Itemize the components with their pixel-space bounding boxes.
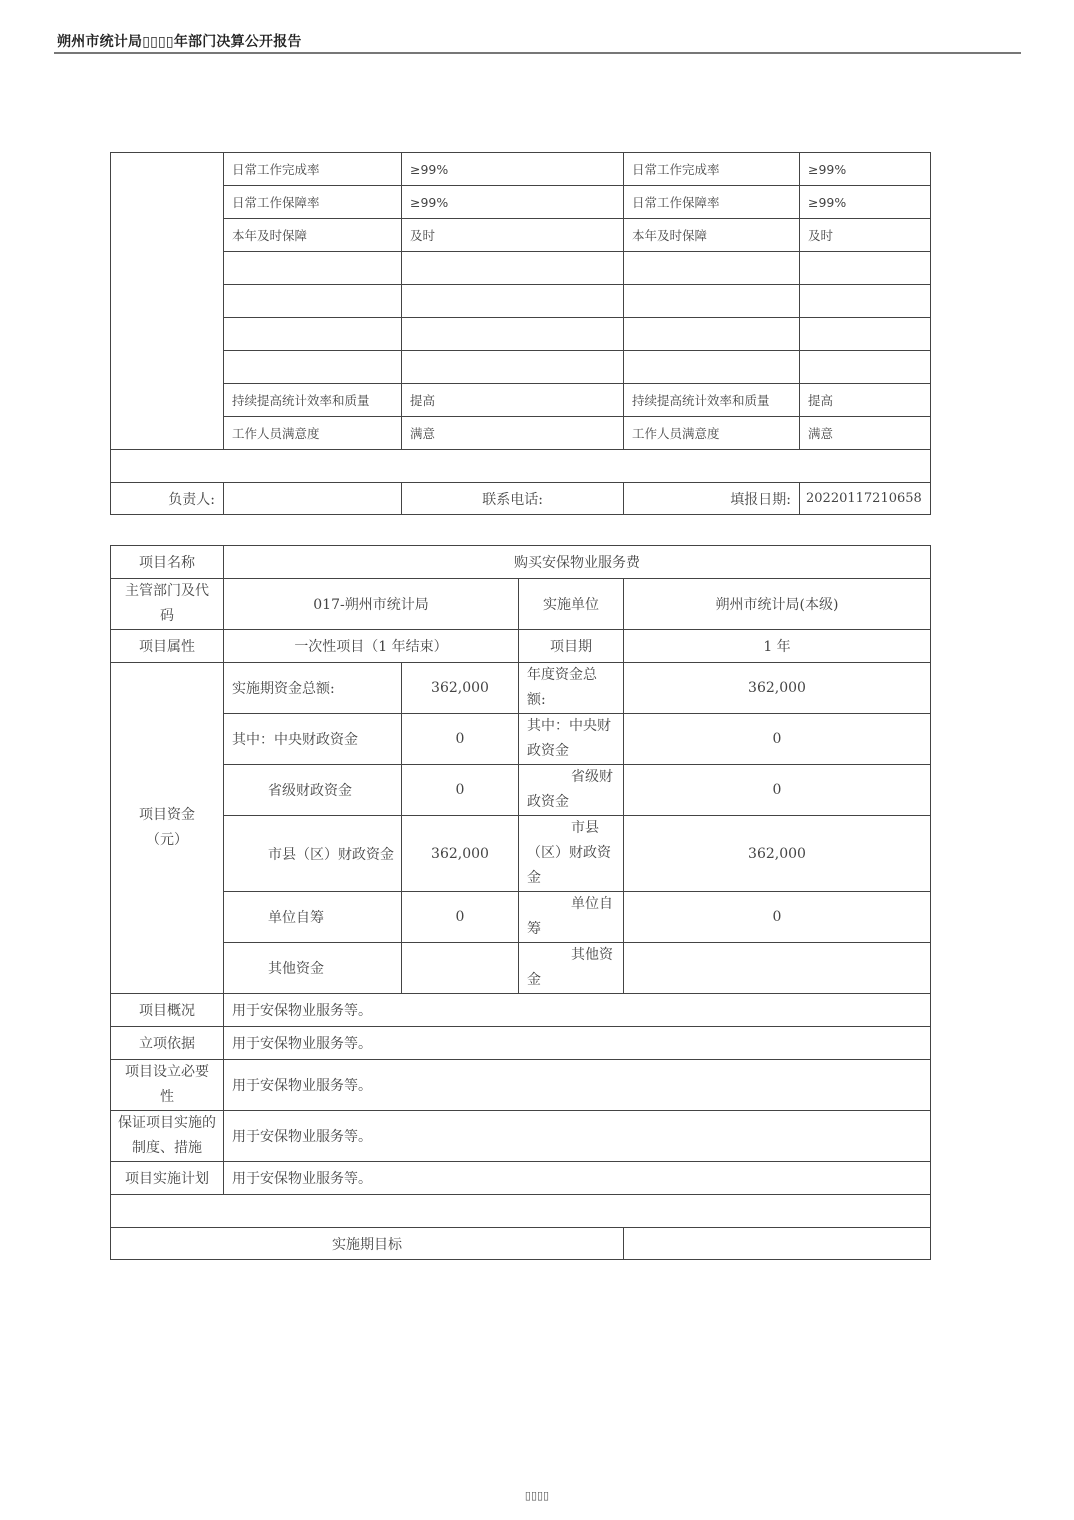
phone-label: 联系电话: [402, 483, 624, 515]
indicator-value: 及时 [402, 219, 624, 252]
attr-value: 一次性项目（1 年结束） [224, 630, 519, 663]
fund-label-a: 其他资金 [224, 943, 402, 994]
funds-row: 单位自筹 0 单位自筹 0 [111, 892, 931, 943]
blank-row [111, 450, 931, 483]
description-label: 立项依据 [111, 1027, 224, 1060]
indicator-name: 日常工作完成率 [224, 153, 402, 186]
fund-label-b: 单位自筹 [519, 892, 624, 943]
indicator-row: 日常工作完成率 ≥99% 日常工作完成率 ≥99% [111, 153, 931, 186]
description-label: 项目实施计划 [111, 1162, 224, 1195]
goal-label: 实施期目标 [111, 1228, 624, 1260]
indicator-name: 工作人员满意度 [224, 417, 402, 450]
indicator-name [224, 318, 402, 351]
indicator-value [402, 351, 624, 384]
funds-label: 项目资金（元） [111, 663, 224, 994]
funds-row: 项目资金（元） 实施期资金总额: 362,000 年度资金总额: 362,000 [111, 663, 931, 714]
goal-value [624, 1228, 931, 1260]
date-label: 填报日期: [624, 483, 800, 515]
fund-value-a: 0 [402, 765, 519, 816]
signature-row: 负责人: 联系电话: 填报日期: 20220117210658 [111, 483, 931, 515]
indicator-value [800, 252, 931, 285]
fund-value-b: 0 [624, 714, 931, 765]
indicator-name [624, 351, 800, 384]
indicator-name [224, 351, 402, 384]
funds-row: 省级财政资金 0 省级财政资金 0 [111, 765, 931, 816]
description-row: 立项依据 用于安保物业服务等。 [111, 1027, 931, 1060]
indicator-name [624, 318, 800, 351]
fund-value-a: 362,000 [402, 663, 519, 714]
period-label: 项目期 [519, 630, 624, 663]
project-name-label: 项目名称 [111, 546, 224, 579]
indicator-value: 提高 [402, 384, 624, 417]
description-value: 用于安保物业服务等。 [224, 994, 931, 1027]
description-row: 项目概况 用于安保物业服务等。 [111, 994, 931, 1027]
indicator-value: ≥99% [800, 186, 931, 219]
indicator-row: 日常工作保障率 ≥99% 日常工作保障率 ≥99% [111, 186, 931, 219]
indicator-value: 满意 [402, 417, 624, 450]
indicator-name: 日常工作完成率 [624, 153, 800, 186]
indicator-category-cell [111, 153, 224, 450]
fund-label-a: 市县（区）财政资金 [224, 816, 402, 892]
description-row: 保证项目实施的制度、措施 用于安保物业服务等。 [111, 1111, 931, 1162]
fund-label-a: 实施期资金总额: [224, 663, 402, 714]
indicator-value: ≥99% [402, 186, 624, 219]
indicator-value [402, 285, 624, 318]
fund-value-a: 362,000 [402, 816, 519, 892]
indicator-name: 日常工作保障率 [624, 186, 800, 219]
indicator-name: 持续提高统计效率和质量 [624, 384, 800, 417]
indicator-name: 本年及时保障 [224, 219, 402, 252]
indicator-value: ≥99% [402, 153, 624, 186]
impl-unit-value: 朔州市统计局(本级) [624, 579, 931, 630]
fund-value-b [624, 943, 931, 994]
description-value: 用于安保物业服务等。 [224, 1111, 931, 1162]
attr-label: 项目属性 [111, 630, 224, 663]
fund-value-a [402, 943, 519, 994]
indicator-name: 日常工作保障率 [224, 186, 402, 219]
description-label: 保证项目实施的制度、措施 [111, 1111, 224, 1162]
indicator-value [402, 252, 624, 285]
indicator-row-empty [111, 285, 931, 318]
fund-label-b: 其他资金 [519, 943, 624, 994]
project-info-table: 项目名称 购买安保物业服务费 主管部门及代码 017-朔州市统计局 实施单位 朔… [110, 545, 931, 1260]
date-value: 20220117210658 [800, 483, 931, 515]
period-value: 1 年 [624, 630, 931, 663]
fund-value-b: 0 [624, 892, 931, 943]
indicator-row-empty [111, 252, 931, 285]
indicator-name: 本年及时保障 [624, 219, 800, 252]
dept-label: 主管部门及代码 [111, 579, 224, 630]
fund-label-b: 省级财政资金 [519, 765, 624, 816]
indicator-name [224, 285, 402, 318]
indicator-value [800, 285, 931, 318]
blank-cell [111, 450, 931, 483]
header-divider [54, 52, 1021, 54]
indicator-value: 提高 [800, 384, 931, 417]
indicator-value [402, 318, 624, 351]
project-name-value: 购买安保物业服务费 [224, 546, 931, 579]
fund-value-b: 0 [624, 765, 931, 816]
description-row: 项目设立必要性 用于安保物业服务等。 [111, 1060, 931, 1111]
fund-label-b: 其中：中央财政资金 [519, 714, 624, 765]
description-label: 项目概况 [111, 994, 224, 1027]
fund-label-a: 省级财政资金 [224, 765, 402, 816]
indicator-value: 及时 [800, 219, 931, 252]
indicator-value [800, 318, 931, 351]
description-value: 用于安保物业服务等。 [224, 1027, 931, 1060]
indicator-row-empty [111, 318, 931, 351]
description-row: 项目实施计划 用于安保物业服务等。 [111, 1162, 931, 1195]
funds-row: 市县（区）财政资金 362,000 市县（区）财政资金 362,000 [111, 816, 931, 892]
dept-row: 主管部门及代码 017-朔州市统计局 实施单位 朔州市统计局(本级) [111, 579, 931, 630]
fund-label-a: 其中：中央财政资金 [224, 714, 402, 765]
fund-value-b: 362,000 [624, 816, 931, 892]
performance-indicator-table: 日常工作完成率 ≥99% 日常工作完成率 ≥99% 日常工作保障率 ≥99% 日… [110, 152, 931, 515]
page-number: ▯▯▯▯ [0, 1489, 1074, 1502]
page-header-title: 朔州市统计局▯▯▯▯年部门决算公开报告 [57, 31, 302, 51]
description-label: 项目设立必要性 [111, 1060, 224, 1111]
description-value: 用于安保物业服务等。 [224, 1060, 931, 1111]
indicator-value: ≥99% [800, 153, 931, 186]
goal-row: 实施期目标 [111, 1228, 931, 1260]
indicator-row: 持续提高统计效率和质量 提高 持续提高统计效率和质量 提高 [111, 384, 931, 417]
fund-value-a: 0 [402, 892, 519, 943]
project-name-row: 项目名称 购买安保物业服务费 [111, 546, 931, 579]
fund-label-b: 年度资金总额: [519, 663, 624, 714]
indicator-name [624, 252, 800, 285]
fund-label-a: 单位自筹 [224, 892, 402, 943]
indicator-row: 工作人员满意度 满意 工作人员满意度 满意 [111, 417, 931, 450]
indicator-row-empty [111, 351, 931, 384]
indicator-name: 持续提高统计效率和质量 [224, 384, 402, 417]
fund-value-a: 0 [402, 714, 519, 765]
indicator-name [224, 252, 402, 285]
responsible-label: 负责人: [111, 483, 224, 515]
indicator-name [624, 285, 800, 318]
dept-value: 017-朔州市统计局 [224, 579, 519, 630]
funds-row: 其中：中央财政资金 0 其中：中央财政资金 0 [111, 714, 931, 765]
indicator-value [800, 351, 931, 384]
description-value: 用于安保物业服务等。 [224, 1162, 931, 1195]
blank-row [111, 1195, 931, 1228]
fund-value-b: 362,000 [624, 663, 931, 714]
funds-row: 其他资金 其他资金 [111, 943, 931, 994]
impl-unit-label: 实施单位 [519, 579, 624, 630]
attr-row: 项目属性 一次性项目（1 年结束） 项目期 1 年 [111, 630, 931, 663]
indicator-name: 工作人员满意度 [624, 417, 800, 450]
responsible-value [224, 483, 402, 515]
blank-cell [111, 1195, 931, 1228]
indicator-value: 满意 [800, 417, 931, 450]
fund-label-b: 市县（区）财政资金 [519, 816, 624, 892]
indicator-row: 本年及时保障 及时 本年及时保障 及时 [111, 219, 931, 252]
